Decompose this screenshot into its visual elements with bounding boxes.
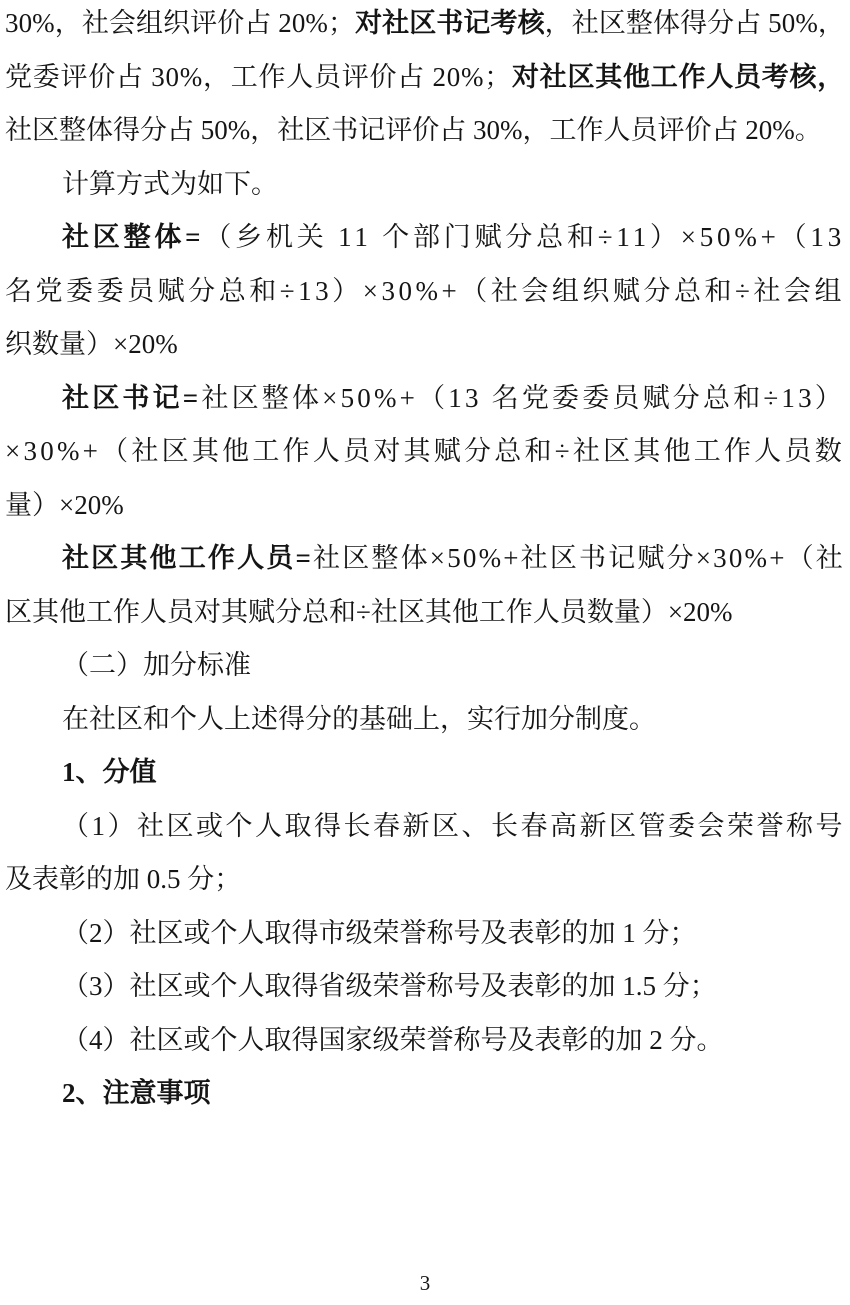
text-line-content: （2）社区或个人取得市级荣誉称号及表彰的加 1 分； [62, 918, 697, 948]
text-line-content: 30%，社会组织评价占 20%；对社区书记考核，社区整体得分占 50%， [5, 8, 845, 38]
text-line-content: 1、分值 [62, 757, 157, 787]
text-line-content: 织数量）×20% [5, 329, 178, 359]
text-line: （2）社区或个人取得市级荣誉称号及表彰的加 1 分； [62, 907, 697, 961]
text-line-content: 社区书记=社区整体×50%+（13 名党委委员赋分总和÷13） [62, 383, 845, 413]
text-line: 社区整体=（乡机关 11 个部门赋分总和÷11）×50%+（13 [62, 211, 845, 265]
text-line: （二）加分标准 [62, 639, 251, 693]
text-line-content: （3）社区或个人取得省级荣誉称号及表彰的加 1.5 分； [62, 971, 717, 1001]
text-segment: 计算方式为如下。 [62, 169, 278, 199]
text-line: 及表彰的加 0.5 分； [5, 853, 241, 907]
text-line: 2、注意事项 [62, 1067, 211, 1121]
text-segment-bold: 社区其他工作人员= [62, 543, 313, 573]
text-line: （4）社区或个人取得国家级荣誉称号及表彰的加 2 分。 [62, 1014, 724, 1068]
text-line-content: 计算方式为如下。 [62, 169, 278, 199]
text-segment-bold: 社区整体= [62, 222, 204, 252]
text-segment-bold: 1、分值 [62, 757, 157, 787]
text-line-content: 及表彰的加 0.5 分； [5, 864, 241, 894]
text-segment-bold: 2、注意事项 [62, 1078, 211, 1108]
text-line: ×30%+（社区其他工作人员对其赋分总和÷社区其他工作人员数 [5, 425, 845, 479]
text-line-content: （二）加分标准 [62, 650, 251, 680]
text-segment: （4）社区或个人取得国家级荣誉称号及表彰的加 2 分。 [62, 1025, 724, 1055]
text-line: 织数量）×20% [5, 318, 178, 372]
text-line-content: 名党委委员赋分总和÷13）×30%+（社会组织赋分总和÷社会组 [5, 276, 845, 306]
text-line-content: （4）社区或个人取得国家级荣誉称号及表彰的加 2 分。 [62, 1025, 724, 1055]
text-segment-bold: 对社区书记考核 [355, 8, 545, 38]
text-segment: ×30%+（社区其他工作人员对其赋分总和÷社区其他工作人员数 [5, 436, 845, 466]
document-text: 30%，社会组织评价占 20%；对社区书记考核，社区整体得分占 50%，党委评价… [5, 0, 845, 1305]
text-segment: 织数量）×20% [5, 329, 178, 359]
text-line-content: 在社区和个人上述得分的基础上，实行加分制度。 [62, 704, 656, 734]
text-segment: 区其他工作人员对其赋分总和÷社区其他工作人员数量）×20% [5, 597, 733, 627]
text-line: （1）社区或个人取得长春新区、长春高新区管委会荣誉称号 [62, 800, 845, 854]
text-segment: 名党委委员赋分总和÷13）×30%+（社会组织赋分总和÷社会组 [5, 276, 845, 306]
text-line-content: ×30%+（社区其他工作人员对其赋分总和÷社区其他工作人员数 [5, 436, 845, 466]
text-line-content: 社区其他工作人员=社区整体×50%+社区书记赋分×30%+（社 [62, 543, 845, 573]
text-line-content: （1）社区或个人取得长春新区、长春高新区管委会荣誉称号 [62, 811, 845, 841]
text-line: 计算方式为如下。 [62, 158, 278, 212]
text-line: 区其他工作人员对其赋分总和÷社区其他工作人员数量）×20% [5, 586, 733, 640]
text-segment: 及表彰的加 0.5 分； [5, 864, 241, 894]
text-segment: 量）×20% [5, 490, 124, 520]
text-line-content: 2、注意事项 [62, 1078, 211, 1108]
text-line-content: 区其他工作人员对其赋分总和÷社区其他工作人员数量）×20% [5, 597, 733, 627]
text-segment: 社区整体×50%+（13 名党委委员赋分总和÷13） [201, 383, 845, 413]
text-segment: 30%，社会组织评价占 20%； [5, 8, 355, 38]
text-segment: （2）社区或个人取得市级荣誉称号及表彰的加 1 分； [62, 918, 697, 948]
text-segment: （1）社区或个人取得长春新区、长春高新区管委会荣誉称号 [62, 811, 845, 841]
document-page: 30%，社会组织评价占 20%；对社区书记考核，社区整体得分占 50%，党委评价… [0, 0, 850, 1305]
text-line-content: 社区整体得分占 50%，社区书记评价占 30%，工作人员评价占 20%。 [5, 115, 822, 145]
text-segment: ，社区整体得分占 50%， [545, 8, 845, 38]
text-segment: 社区整体×50%+社区书记赋分×30%+（社 [313, 543, 845, 573]
text-segment: （3）社区或个人取得省级荣誉称号及表彰的加 1.5 分； [62, 971, 717, 1001]
text-segment-bold: 对社区其他工作人员考核， [512, 62, 845, 92]
text-segment: 在社区和个人上述得分的基础上，实行加分制度。 [62, 704, 656, 734]
text-line: 名党委委员赋分总和÷13）×30%+（社会组织赋分总和÷社会组 [5, 265, 845, 319]
text-line: 社区整体得分占 50%，社区书记评价占 30%，工作人员评价占 20%。 [5, 104, 822, 158]
text-segment: 党委评价占 30%，工作人员评价占 20%； [5, 62, 512, 92]
text-line: 党委评价占 30%，工作人员评价占 20%；对社区其他工作人员考核， [5, 51, 845, 105]
text-line-content: 社区整体=（乡机关 11 个部门赋分总和÷11）×50%+（13 [62, 222, 845, 252]
text-line: 社区书记=社区整体×50%+（13 名党委委员赋分总和÷13） [62, 372, 845, 426]
text-line: 1、分值 [62, 746, 157, 800]
text-line: 量）×20% [5, 479, 124, 533]
text-line: 30%，社会组织评价占 20%；对社区书记考核，社区整体得分占 50%， [5, 0, 845, 51]
text-segment-bold: 社区书记= [62, 383, 201, 413]
text-segment: 社区整体得分占 50%，社区书记评价占 30%，工作人员评价占 20%。 [5, 115, 822, 145]
page-number: 3 [0, 1268, 850, 1298]
text-line-content: 党委评价占 30%，工作人员评价占 20%；对社区其他工作人员考核， [5, 62, 845, 92]
text-line-content: 量）×20% [5, 490, 124, 520]
text-line: （3）社区或个人取得省级荣誉称号及表彰的加 1.5 分； [62, 960, 717, 1014]
text-segment: （乡机关 11 个部门赋分总和÷11）×50%+（13 [204, 222, 845, 252]
text-segment: （二）加分标准 [62, 650, 251, 680]
text-line: 在社区和个人上述得分的基础上，实行加分制度。 [62, 693, 656, 747]
text-line: 社区其他工作人员=社区整体×50%+社区书记赋分×30%+（社 [62, 532, 845, 586]
